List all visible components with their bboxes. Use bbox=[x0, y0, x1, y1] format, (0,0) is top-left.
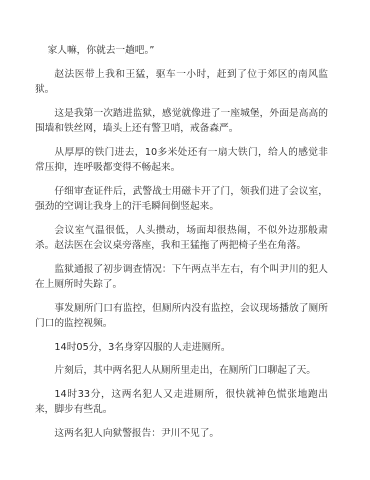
paragraph: 仔细审查证件后，武警战士用磁卡开了门，领我们进了会议室，强劲的空调让我身上的汗毛… bbox=[35, 184, 328, 215]
paragraph: 从厚厚的铁门进去，10多米处还有一扇大铁门，给人的感觉非常压抑，连呼吸都变得不畅… bbox=[35, 145, 328, 176]
paragraph: 这是我第一次踏进监狱，感觉就像进了一座城堡，外面是高高的围墙和铁丝网，墙头上还有… bbox=[35, 106, 328, 137]
paragraph: 这两名犯人向狱警报告：尹川不见了。 bbox=[35, 426, 328, 442]
text-content: 家人嘛，你就去一趟吧。”赵法医带上我和王猛，驱车一小时，赶到了位于郊区的南风监狱… bbox=[35, 43, 328, 441]
paragraph: 家人嘛，你就去一趟吧。” bbox=[35, 43, 328, 59]
paragraph: 14时33分，这两名犯人又走进厕所，很快就神色慌张地跑出来，脚步有些乱。 bbox=[35, 387, 328, 418]
paragraph: 监狱通报了初步调查情况：下午两点半左右，有个叫尹川的犯人在上厕所时失踪了。 bbox=[35, 262, 328, 293]
ebook-page: 家人嘛，你就去一趟吧。”赵法医带上我和王猛，驱车一小时，赶到了位于郊区的南风监狱… bbox=[0, 0, 370, 480]
paragraph: 赵法医带上我和王猛，驱车一小时，赶到了位于郊区的南风监狱。 bbox=[35, 67, 328, 98]
paragraph: 会议室气温很低，人头攒动，场面却很热闹，不似外边那般肃杀。赵法医在会议桌旁落座，… bbox=[35, 223, 328, 254]
paragraph: 事发厕所门口有监控，但厕所内没有监控，会议现场播放了厕所门口的监控视频。 bbox=[35, 301, 328, 332]
paragraph: 14时05分，3名身穿囚服的人走进厕所。 bbox=[35, 340, 328, 356]
paragraph: 片刻后，其中两名犯人从厕所里走出，在厕所门口聊起了天。 bbox=[35, 363, 328, 379]
